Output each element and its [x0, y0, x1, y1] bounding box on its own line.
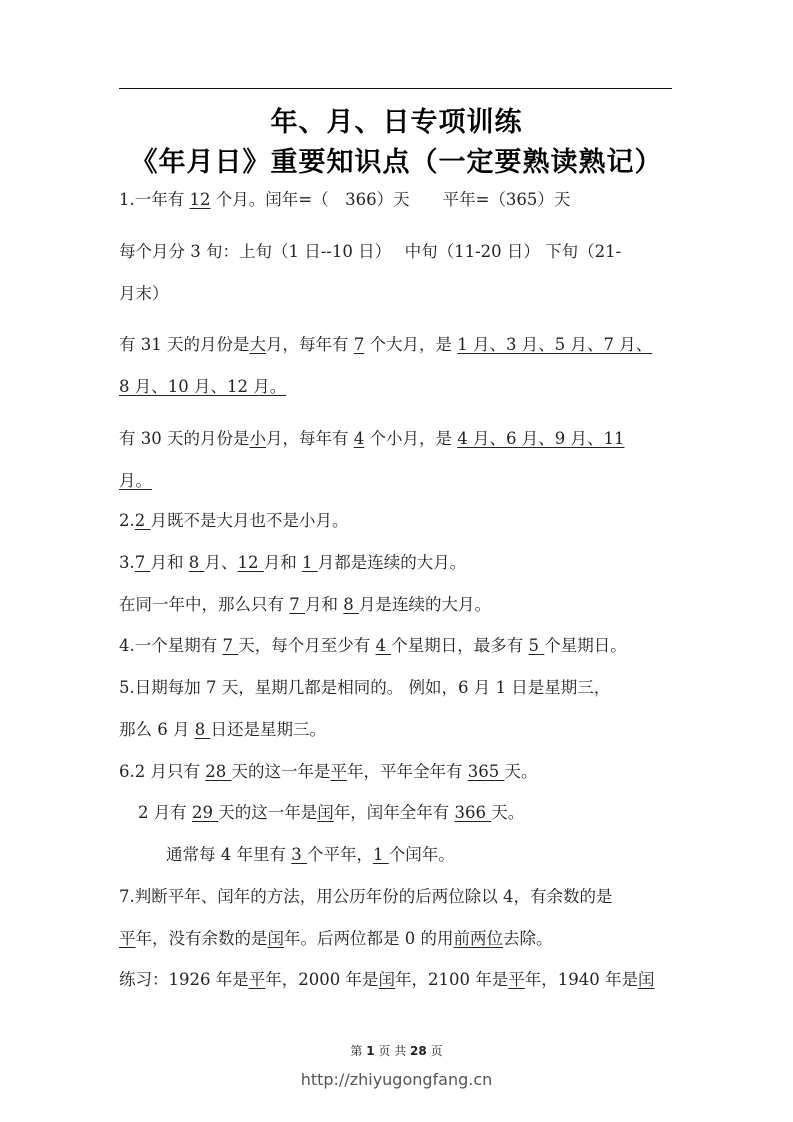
page-subtitle: 《年月日》重要知识点（一定要熟读熟记）: [0, 140, 793, 179]
watermark-url: http://zhiyugongfang.cn: [0, 1070, 793, 1089]
top-rule: [119, 88, 672, 89]
answer-blank: 28: [205, 762, 231, 781]
text-line-10: 在同一年中，那么只有 7 月和 8 月是连续的大月。: [119, 594, 491, 616]
answer-blank: 29: [192, 803, 218, 822]
answer-blank: 7: [289, 595, 305, 614]
answer-blank: 平: [249, 970, 266, 989]
answer-blank: 366: [455, 803, 492, 822]
answer-blank: 闰: [317, 803, 334, 822]
text-line-11: 4.一个星期有 7 天，每个月至少有 4 个星期日，最多有 5 个星期日。: [119, 635, 627, 657]
text-line-2: 每个月分 3 旬：上旬（1 日--10 日） 中旬（11-20 日） 下旬（21…: [119, 241, 621, 263]
answer-blank: 5: [529, 636, 545, 655]
answer-blank: 7: [135, 553, 151, 572]
answer-blank: 12: [238, 553, 264, 572]
total-pages: 28: [410, 1044, 427, 1058]
answer-blank: 8: [195, 720, 211, 739]
answer-blank: 闰: [268, 929, 285, 948]
answer-blank: 1: [373, 845, 389, 864]
answer-blank: 1 月、3 月、5 月、7 月、: [457, 335, 652, 354]
answer-blank: 4: [354, 429, 365, 448]
page-number-footer: 第 1 页 共 28 页: [0, 1042, 793, 1059]
answer-blank: 8 月、10 月、12 月。: [119, 377, 286, 396]
answer-blank: 闰: [638, 970, 655, 989]
answer-blank: 4: [376, 636, 392, 655]
text-line-19: 练习：1926 年是平年，2000 年是闰年，2100 年是平年，1940 年是…: [119, 969, 655, 991]
answer-blank: 小: [250, 429, 267, 448]
text-line-16: 通常每 4 年里有 3 个平年，1 个闰年。: [166, 844, 455, 866]
text-line-18: 平年，没有余数的是闰年。后两位都是 0 的用前两位去除。: [119, 928, 553, 950]
answer-blank: 前两位: [454, 929, 504, 948]
text-line-12: 5.日期每加 7 天，星期几都是相同的。 例如，6 月 1 日是星期三，: [119, 677, 610, 699]
text-line-17: 7.判断平年、闰年的方法，用公历年份的后两位除以 4，有余数的是: [119, 886, 613, 908]
answer-blank: 闰: [379, 970, 396, 989]
text-line-13: 那么 6 月 8 日还是星期三。: [119, 719, 326, 741]
text-line-6: 有 30 天的月份是小月，每年有 4 个小月，是 4 月、6 月、9 月、11: [119, 428, 624, 450]
answer-blank: 平: [508, 970, 525, 989]
text-line-9: 3.7 月和 8 月、12 月和 1 月都是连续的大月。: [119, 552, 466, 574]
text-line-15: 2 月有 29 天的这一年是闰年，闰年全年有 366 天。: [138, 802, 524, 824]
text-line-5: 8 月、10 月、12 月。: [119, 376, 286, 398]
current-page: 1: [366, 1044, 374, 1058]
text-line-3: 月末）: [119, 283, 169, 305]
answer-blank: 8: [189, 553, 205, 572]
answer-blank: 8: [343, 595, 359, 614]
text-line-7: 月。: [119, 470, 152, 492]
text-line-1: 1.一年有 12 个月。闰年=（ 366）天 平年=（365）天: [119, 189, 570, 211]
answer-blank: 大: [250, 335, 267, 354]
answer-blank: 月。: [119, 471, 152, 490]
answer-blank: 3: [291, 845, 307, 864]
answer-blank: 平: [119, 929, 136, 948]
text-line-14: 6.2 月只有 28 天的这一年是平年，平年全年有 365 天。: [119, 761, 537, 783]
answer-blank: 7: [223, 636, 239, 655]
text-line-4: 有 31 天的月份是大月，每年有 7 个大月，是 1 月、3 月、5 月、7 月…: [119, 334, 652, 356]
answer-blank: 7: [354, 335, 365, 354]
text-line-8: 2.2 月既不是大月也不是小月。: [119, 510, 349, 532]
answer-blank: 12: [190, 190, 211, 209]
answer-blank: 4 月、6 月、9 月、11: [457, 429, 624, 448]
answer-blank: 平: [330, 762, 347, 781]
answer-blank: 365: [468, 762, 505, 781]
answer-blank: 1: [302, 553, 318, 572]
page-title: 年、月、日专项训练: [0, 100, 793, 139]
answer-blank: 2: [135, 511, 151, 530]
